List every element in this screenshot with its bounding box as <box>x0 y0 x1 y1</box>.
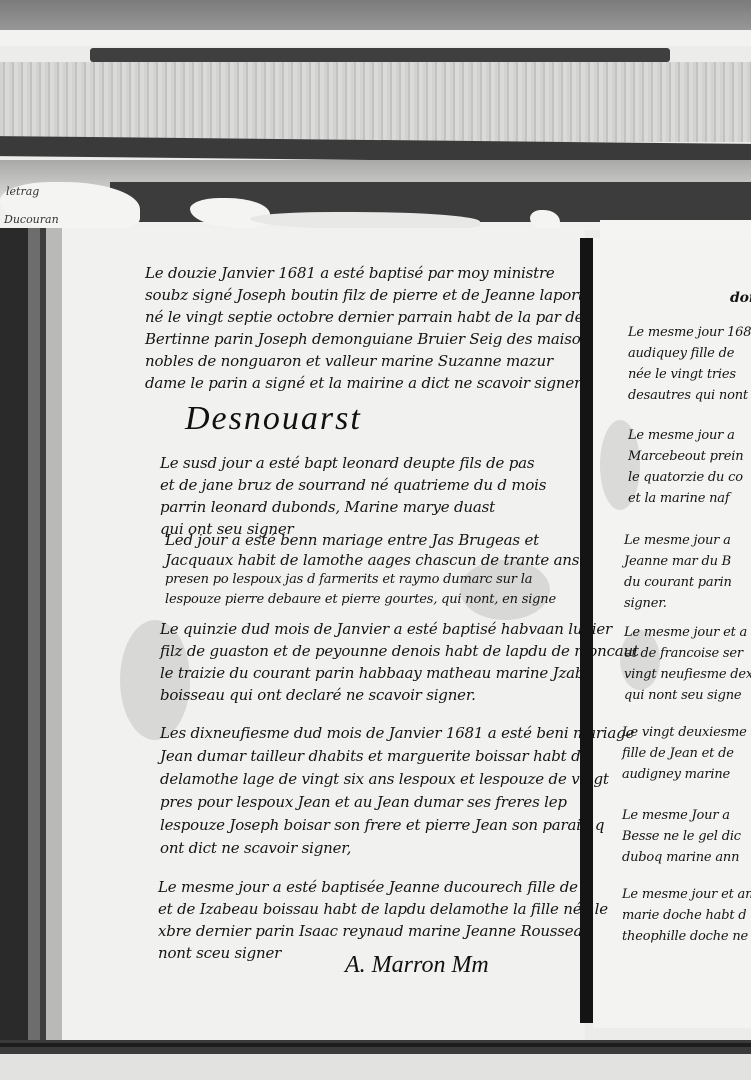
entry-line: marie doche habt d <box>622 905 751 926</box>
entry-line: et de Izabeau boissau habt de lapdu dela… <box>158 898 608 920</box>
entry-line: Le susd jour a esté bapt leonard deupte … <box>160 452 546 474</box>
entry-line: parrin leonard dubonds, Marine marye dua… <box>160 496 546 518</box>
entry-line: signer. <box>624 593 732 614</box>
entry-line: le quatorzie du co <box>628 467 743 488</box>
entry-baptism-joseph-boutin: Le douzie Janvier 1681 a esté baptisé pa… <box>145 262 593 394</box>
entry-line: lespouze pierre debaure et pierre gourte… <box>165 590 579 610</box>
entry-line: Le mesme jour et an <box>622 884 751 905</box>
entry-line: Le mesme Jour a <box>622 805 741 826</box>
entry-line: boisseau qui ont declaré ne scavoir sign… <box>160 684 639 706</box>
margin-fragment-1: letrag <box>6 185 39 198</box>
entry-line: Le mesme jour a <box>624 530 732 551</box>
book-spine <box>0 228 62 1040</box>
entry-line: duboq marine ann <box>622 847 741 868</box>
entry-line: delamothe lage de vingt six ans lespoux … <box>160 768 634 791</box>
top-light-band <box>0 30 751 46</box>
entry-line: audigney marine <box>622 764 747 785</box>
right-entry: Le vingt deuxiesme fille de Jean et de a… <box>622 722 747 785</box>
entry-line: fille de Jean et de <box>622 743 747 764</box>
entry-line: filz de guaston et de peyounne denois ha… <box>160 640 639 662</box>
right-entry: Le mesme jour a Marcebeout prein le quat… <box>628 425 743 509</box>
entry-line: audiquey fille de <box>628 343 751 364</box>
entry-line: Le mesme jour et a <box>624 622 751 643</box>
entry-line: qui nont seu signe <box>624 685 751 706</box>
right-page-text-clip: donc Le mesme jour 1681 Ja audiquey fill… <box>600 260 751 1020</box>
entry-line: et de francoise ser <box>624 643 751 664</box>
entry-baptism-habvaan: Le quinzie dud mois de Janvier a esté ba… <box>160 618 639 706</box>
entry-line: du courant parin <box>624 572 732 593</box>
entry-line: Jean dumar tailleur dhabits et marguerit… <box>160 745 634 768</box>
entry-line: desautres qui nont <box>628 385 751 406</box>
entry-line: Led jour a esté benn mariage entre Jas B… <box>165 530 579 550</box>
entry-line: nobles de nonguaron et valleur marine Su… <box>145 350 593 372</box>
right-entry: Le mesme Jour a Besse ne le gel dic dubo… <box>622 805 741 868</box>
signature-marron: A. Marron Mm <box>345 952 489 979</box>
entry-line: presen po lespoux jas d farmerits et ray… <box>165 570 579 590</box>
entry-baptism-jeanne-ducourech: Le mesme jour a esté baptisée Jeanne duc… <box>158 876 608 964</box>
entry-line: soubz signé Joseph boutin filz de pierre… <box>145 284 593 306</box>
entry-line: Le douzie Janvier 1681 a esté baptisé pa… <box>145 262 593 284</box>
entry-line: ont dict ne scavoir signer, <box>160 837 634 860</box>
entry-marriage-dumar: Les dixneufiesme dud mois de Janvier 168… <box>160 722 634 860</box>
entry-line: vingt neufiesme dexan <box>624 664 751 685</box>
entry-line: Les dixneufiesme dud mois de Janvier 168… <box>160 722 634 745</box>
right-entry: Le mesme jour a Jeanne mar du B du coura… <box>624 530 732 614</box>
entry-line: née le vingt tries <box>628 364 751 385</box>
bottom-edge-line <box>0 1043 751 1047</box>
signature-desnouarst: Desnouarst <box>185 400 362 438</box>
binding-strap-1 <box>90 48 670 62</box>
entry-line: le traizie du courant parin habbaay math… <box>160 662 639 684</box>
entry-line: Besse ne le gel dic <box>622 826 741 847</box>
entry-line: pres pour lespoux Jean et au Jean dumar … <box>160 791 634 814</box>
entry-line: Jeanne mar du B <box>624 551 732 572</box>
entry-line: Bertinne parin Joseph demonguiane Bruier… <box>145 328 593 350</box>
entry-line: Le vingt deuxiesme <box>622 722 747 743</box>
entry-line: Le mesme jour a esté baptisée Jeanne duc… <box>158 876 608 898</box>
entry-line: Le mesme jour a <box>628 425 743 446</box>
entry-line: et la marine naf <box>628 488 743 509</box>
top-dark-band <box>0 0 751 32</box>
entry-line: Le mesme jour 1681 Ja <box>628 322 751 343</box>
right-entry: Le mesme jour et an marie doche habt d t… <box>622 884 751 947</box>
right-page-header-fragment: donc <box>730 290 751 306</box>
entry-line: Marcebeout prein <box>628 446 743 467</box>
entry-line: né le vingt septie octobre dernier parra… <box>145 306 593 328</box>
entry-line: theophille doche ne <box>622 926 751 947</box>
right-entry: Le mesme jour 1681 Ja audiquey fille de … <box>628 322 751 406</box>
entry-line: Jacquaux habit de lamothe aages chascun … <box>165 550 579 570</box>
entry-line: xbre dernier parin Isaac reynaud marine … <box>158 920 608 942</box>
scanned-register-image: letrag Ducouran Le douzie Janvier 1681 a… <box>0 0 751 1080</box>
entry-line: dame le parin a signé et la mairine a di… <box>145 372 593 394</box>
entry-line: et de jane bruz de sourrand né quatrieme… <box>160 474 546 496</box>
streaked-band <box>0 62 751 142</box>
entry-line: Le quinzie dud mois de Janvier a esté ba… <box>160 618 639 640</box>
entry-marriage-brugeas: Led jour a esté benn mariage entre Jas B… <box>165 530 579 610</box>
right-entry: Le mesme jour et a et de francoise ser v… <box>624 622 751 706</box>
margin-fragment-2: Ducouran <box>4 213 59 226</box>
bottom-strip <box>0 1054 751 1080</box>
entry-line: lespouze Joseph boisar son frere et pier… <box>160 814 634 837</box>
entry-baptism-leonard: Le susd jour a esté bapt leonard deupte … <box>160 452 546 540</box>
